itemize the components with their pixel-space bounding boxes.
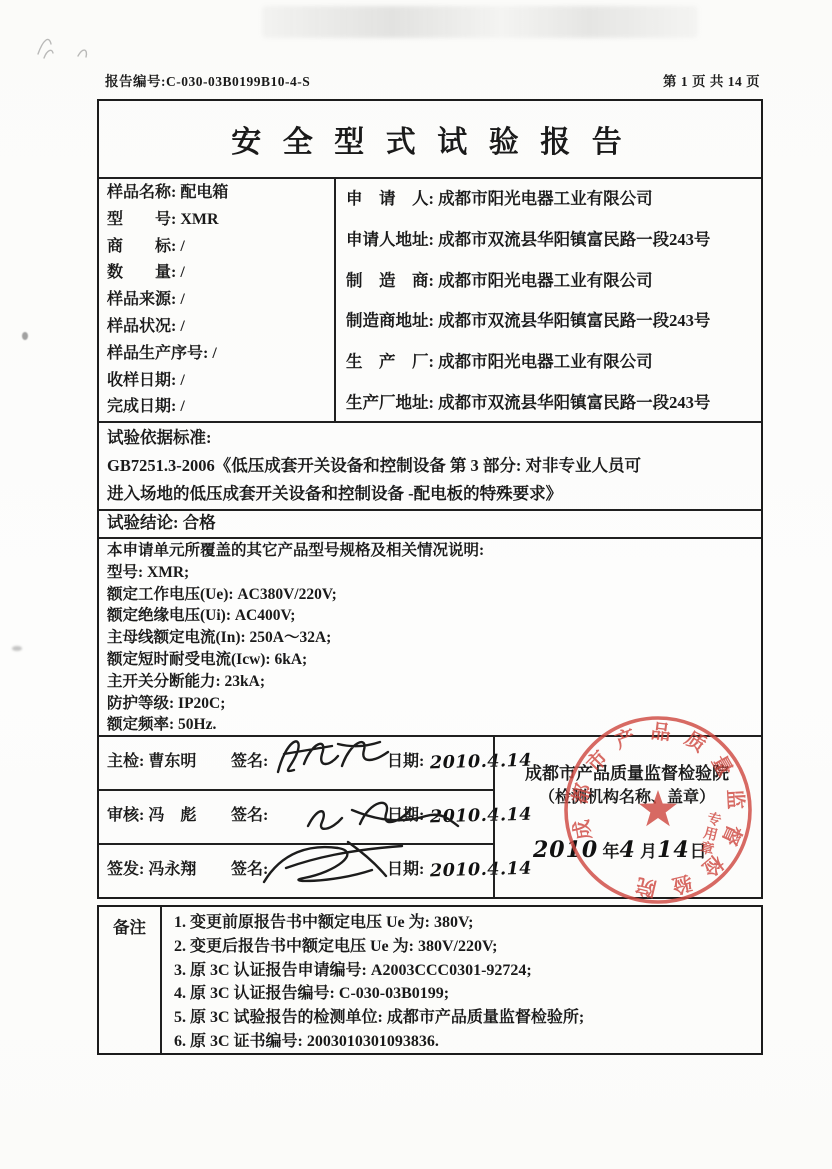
sample-info-left: 样品名称: 配电箱 型 号: XMR 商 标: / 数 量: / 样品来源: /… [99,177,334,421]
inspection-org-name: 成都市产品质量监督检验院 [493,759,761,784]
scan-bleedthrough-artifact [262,6,698,38]
chief-inspector-name: 主检: 曹东明 [107,735,196,789]
remark-item-5: 5. 原 3C 试验报告的检测单位: 成都市产品质量监督检验所; [174,1006,754,1030]
remark-item-2: 2. 变更后报告书中额定电压 Ue 为: 380V/220V; [174,935,754,959]
signature-row-issuer: 签发: 冯永翔 签名: 日期: 2010.4.14 [99,843,493,897]
coverage-icw: 额定短时耐受电流(Icw): 6kA; [107,649,761,671]
coverage-model: 型号: XMR; [107,562,761,584]
sample-name: 样品名称: 配电箱 [107,180,334,207]
test-standard-line2: 进入场地的低压成套开关设备和控制设备 -配电板的特殊要求》 [107,480,761,508]
report-number: 报告编号:C-030-03B0199B10-4-S [105,70,310,90]
signature-row-chief-inspector: 主检: 曹东明 签名: 日期: 2010.4.14 [99,735,493,789]
remarks-label: 备注 [99,907,160,1053]
coverage-title: 本申请单元所覆盖的其它产品型号规格及相关情况说明: [107,540,761,562]
stamp-date: 2010 年4 月14日 [533,837,707,863]
sample-source: 样品来源: / [107,287,334,314]
reviewer-name: 审核: 冯 彪 [107,789,196,843]
sample-completed: 完成日期: / [107,394,334,421]
sample-model: 型 号: XMR [107,207,334,234]
factory: 生 产 厂: 成都市阳光电器工业有限公司 [346,348,761,372]
signature-label: 签名: [231,789,268,843]
test-standard: 试验依据标准: GB7251.3-2006《低压成套开关设备和控制设备 第 3 … [99,421,761,509]
signature-label: 签名: [231,843,268,897]
remark-item-3: 3. 原 3C 认证报告申请编号: A2003CCC0301-92724; [174,959,754,983]
remarks-table: 备注 1. 变更前原报告书中额定电压 Ue 为: 380V; 2. 变更后报告书… [97,905,763,1055]
stamp-date-year: 2010 [533,837,598,863]
handwritten-date: 2010.4.14 [429,842,532,899]
manufacturer: 制 造 商: 成都市阳光电器工业有限公司 [346,267,761,291]
page-indicator: 第 1 页 共 14 页 [663,70,760,90]
test-conclusion: 试验结论: 合格 [99,509,761,537]
manufacturer-address: 制造商地址: 成都市双流县华阳镇富民路一段243号 [346,307,761,331]
remark-item-4: 4. 原 3C 认证报告编号: C-030-03B0199; [174,982,754,1006]
scanned-report-page: 报告编号:C-030-03B0199B10-4-S 第 1 页 共 14 页 安… [0,0,832,1169]
pencil-mark-artifact [30,22,100,66]
sample-serial: 样品生产序号: / [107,341,334,368]
stamp-date-day-char: 日 [690,842,707,861]
sample-quantity: 数 量: / [107,260,334,287]
scan-speck-artifact [22,332,28,340]
applicant-address: 申请人地址: 成都市双流县华阳镇富民路一段243号 [346,226,761,250]
stamp-date-month: 4 [619,837,635,863]
factory-address: 生产厂地址: 成都市双流县华阳镇富民路一段243号 [346,389,761,413]
sample-received: 收样日期: / [107,368,334,395]
sample-trademark: 商 标: / [107,234,334,261]
test-standard-label: 试验依据标准: [107,424,761,452]
coverage-in: 主母线额定电流(In): 250A～32A; [107,627,761,649]
issuer-name: 签发: 冯永翔 [107,843,196,897]
signature-row-reviewer: 审核: 冯 彪 签名: 日期: 2010.4.14 [99,789,493,843]
remark-item-6: 6. 原 3C 证书编号: 2003010301093836. [174,1030,754,1054]
table-line [160,907,162,1053]
remarks-list: 1. 变更前原报告书中额定电压 Ue 为: 380V; 2. 变更后报告书中额定… [174,911,754,1054]
coverage-ip: 防护等级: IP20C; [107,693,761,715]
coverage-breaking: 主开关分断能力: 23kA; [107,671,761,693]
sample-condition: 样品状况: / [107,314,334,341]
coverage-ue: 额定工作电压(Ue): AC380V/220V; [107,584,761,606]
applicant: 申 请 人: 成都市阳光电器工业有限公司 [346,185,761,209]
main-table: 安 全 型 式 试 验 报 告 样品名称: 配电箱 型 号: XMR 商 标: … [97,99,763,899]
sample-info-right: 申 请 人: 成都市阳光电器工业有限公司 申请人地址: 成都市双流县华阳镇富民路… [336,177,761,421]
date-label: 日期: [387,843,424,897]
stamp-date-year-char: 年 [598,842,619,861]
remark-item-1: 1. 变更前原报告书中额定电压 Ue 为: 380V; [174,911,754,935]
stamp-date-day: 14 [657,837,690,863]
test-standard-line1: GB7251.3-2006《低压成套开关设备和控制设备 第 3 部分: 对非专业… [107,452,761,480]
signature-label: 签名: [231,735,268,789]
report-title: 安 全 型 式 试 验 报 告 [99,101,761,177]
scan-speck-artifact [12,646,22,651]
coverage-description: 本申请单元所覆盖的其它产品型号规格及相关情况说明: 型号: XMR; 额定工作电… [99,537,761,735]
inspection-org-note: （检测机构名称、盖章） [493,784,761,807]
date-label: 日期: [387,735,424,789]
coverage-ui: 额定绝缘电压(Ui): AC400V; [107,605,761,627]
stamp-date-month-char: 月 [636,842,657,861]
date-label: 日期: [387,789,424,843]
coverage-frequency: 额定频率: 50Hz. [107,714,761,736]
